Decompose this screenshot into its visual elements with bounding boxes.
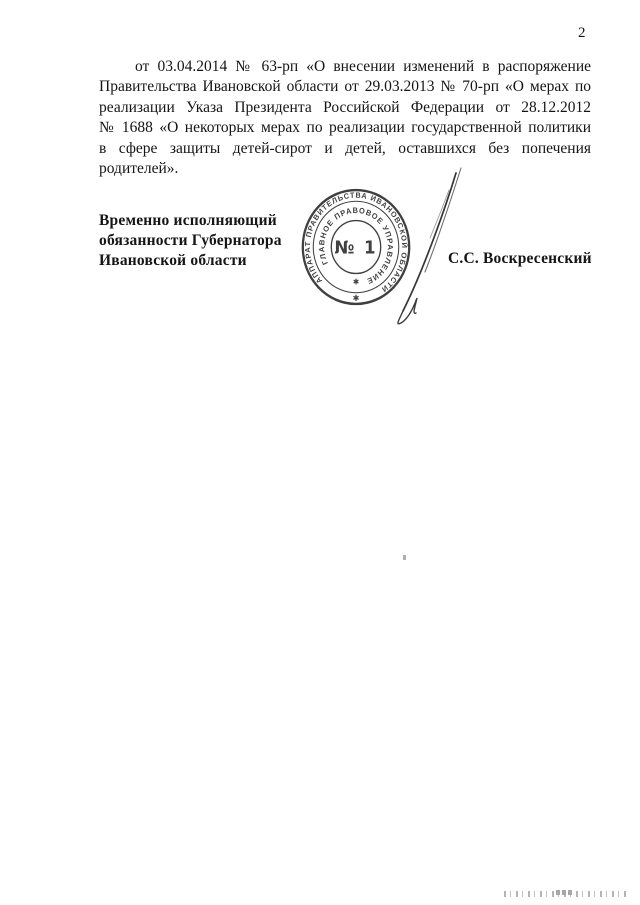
signatory-name: С.С. Воскресенский: [448, 250, 592, 268]
paragraph-line: реализации Указа Президента Российской Ф…: [99, 98, 591, 118]
paragraph-line: в сфере защиты детей-сирот и детей, оста…: [99, 139, 591, 159]
page-number: 2: [578, 25, 586, 42]
signature-stroke-secondary: [425, 168, 461, 272]
stamp-star-outer: ✱: [353, 293, 360, 303]
signatory-title: Временно исполняющий обязанности Губерна…: [99, 211, 282, 271]
paragraph-line: от 03.04.2014 № 63-рп «О внесении измене…: [99, 57, 591, 77]
body-paragraph: от 03.04.2014 № 63-рп «О внесении измене…: [99, 57, 591, 179]
signatory-title-line: обязанности Губернатора: [99, 231, 282, 251]
scan-speck: [403, 555, 406, 560]
paragraph-line: родителей».: [99, 159, 591, 179]
stamp-star-inner: ✱: [353, 277, 360, 286]
paragraph-line: № 1688 «О некоторых мерах по реализации …: [99, 118, 591, 138]
signatory-title-line: Временно исполняющий: [99, 211, 282, 231]
handwritten-signature: [382, 164, 468, 326]
signatory-title-line: Ивановской области: [99, 251, 282, 271]
scan-artifact: [504, 891, 628, 897]
stamp-number: № 1: [334, 238, 377, 259]
document-page: 2 от 03.04.2014 № 63-рп «О внесении изме…: [0, 0, 640, 905]
paragraph-line: Правительства Ивановской области от 29.0…: [99, 77, 591, 97]
